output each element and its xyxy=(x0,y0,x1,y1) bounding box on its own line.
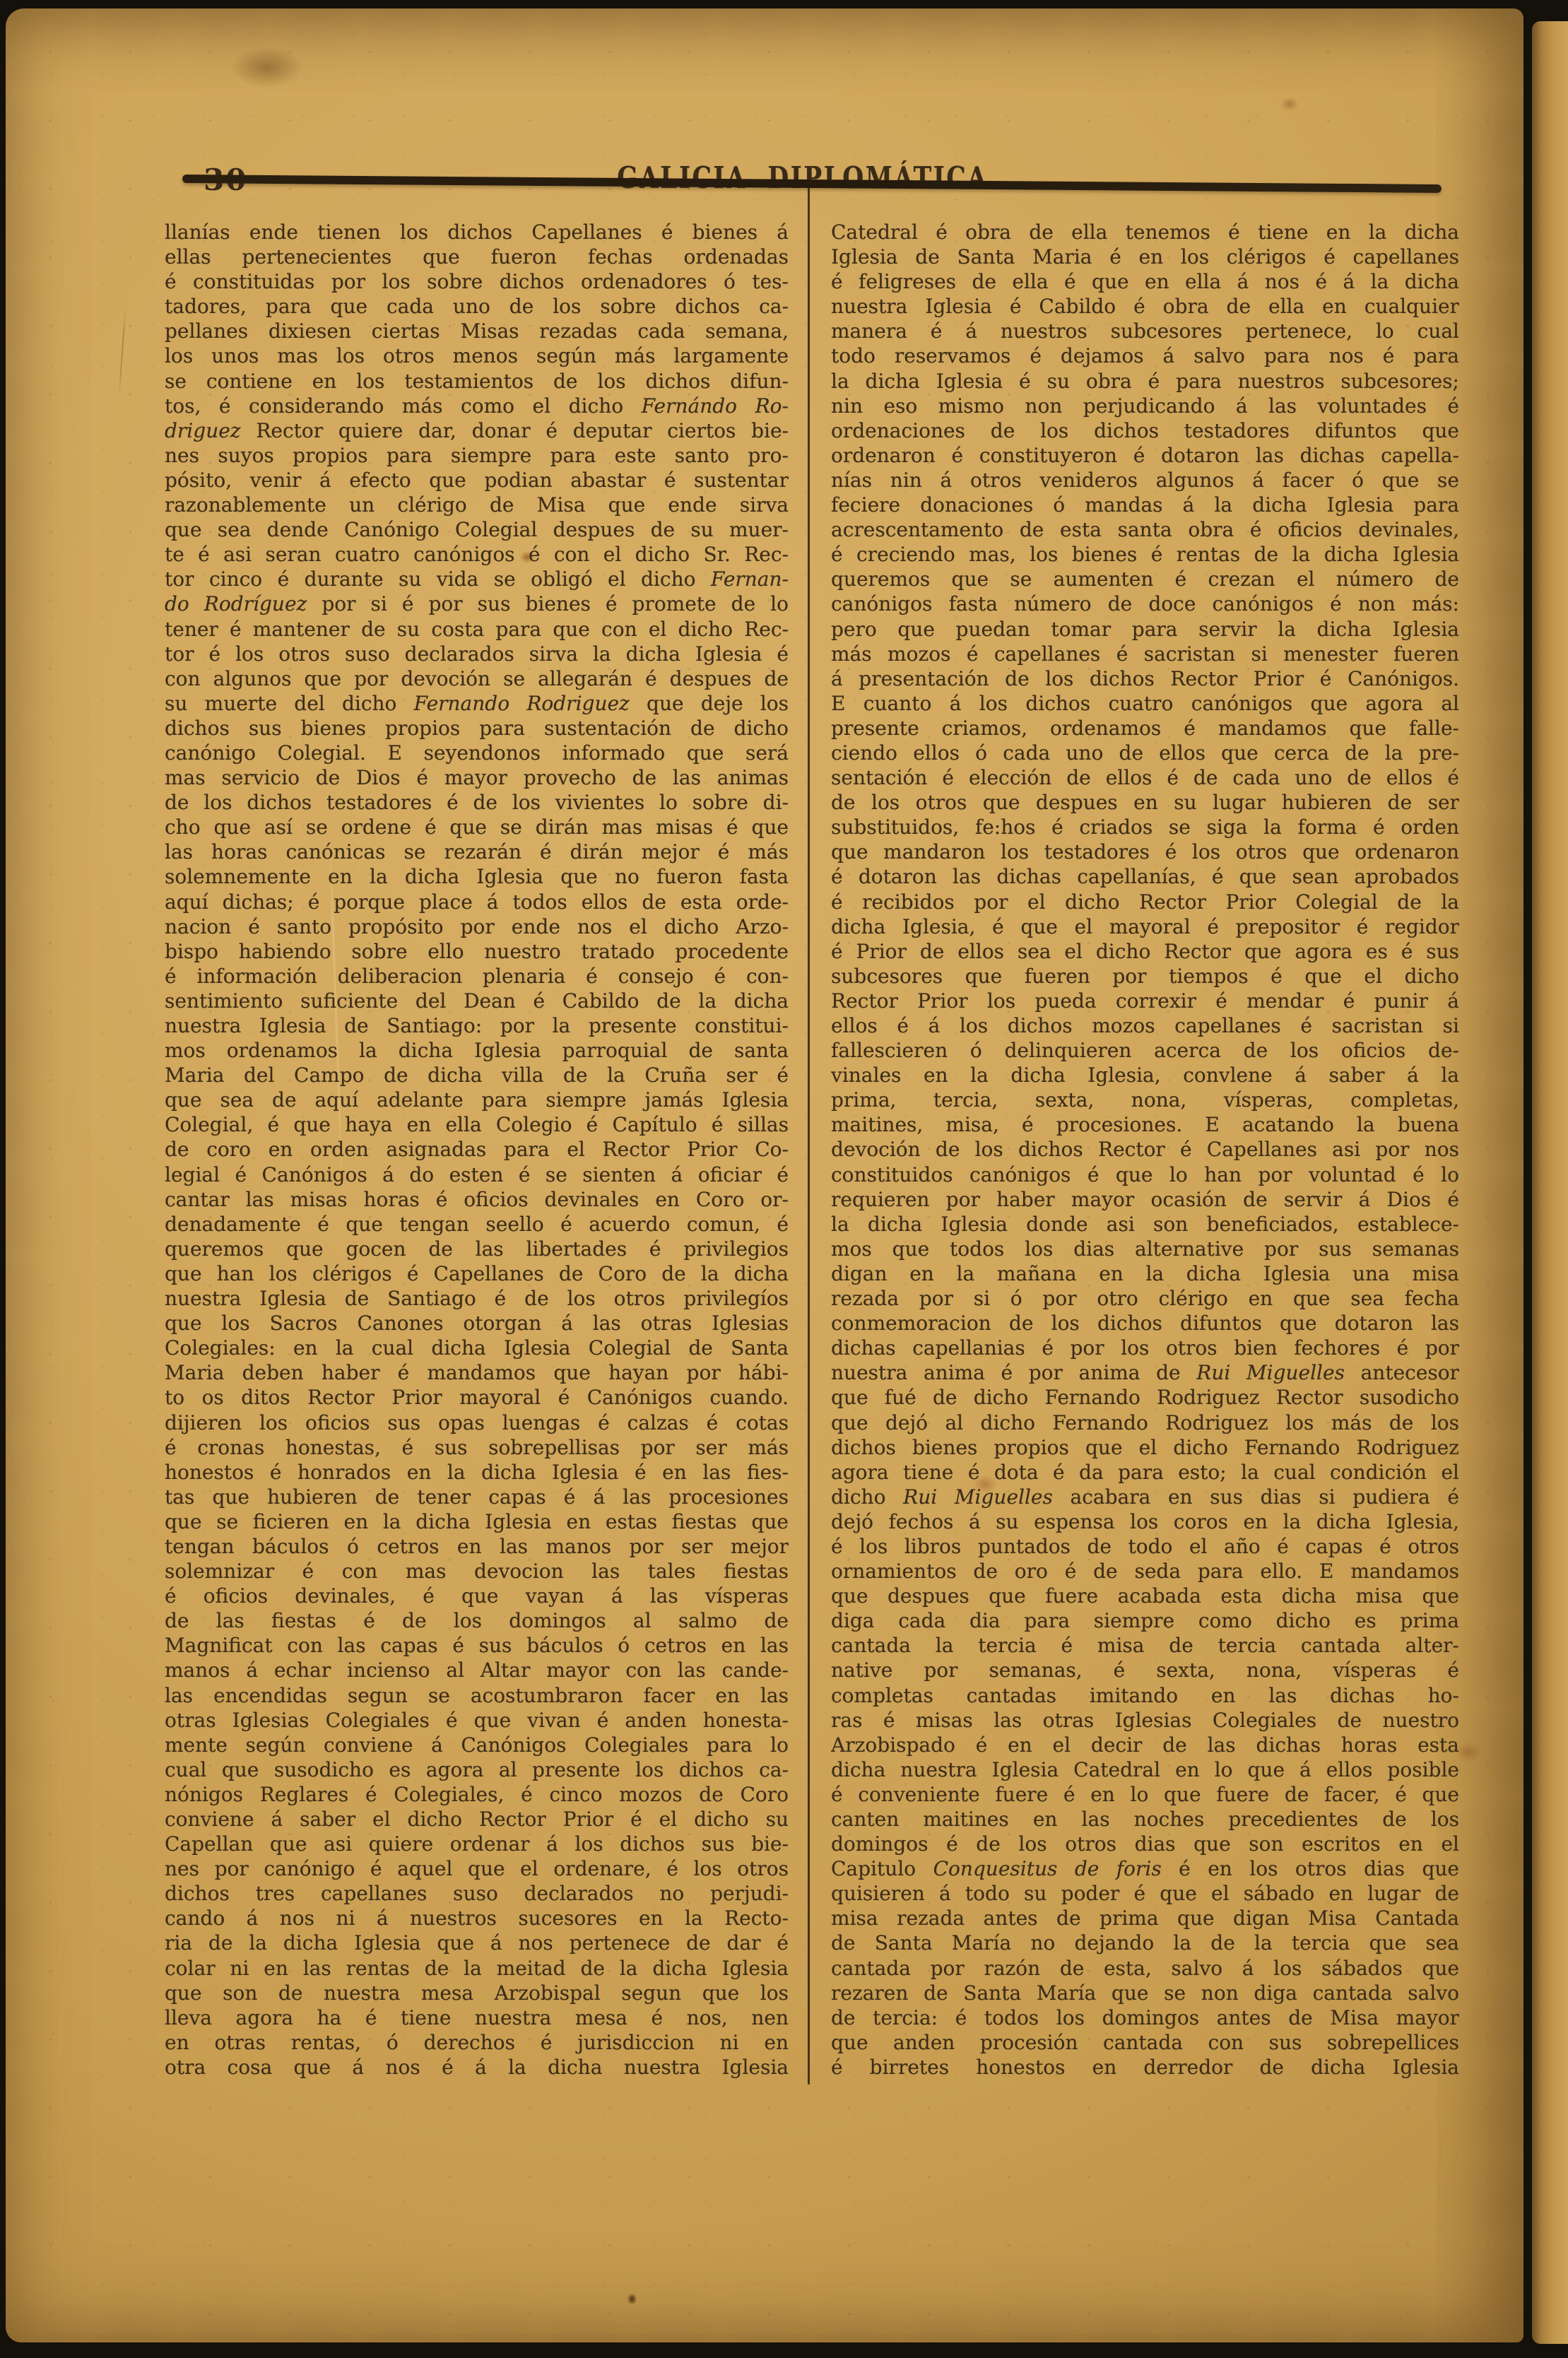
text-line: legial é Canónigos á do esten é se sient… xyxy=(165,1162,789,1187)
text-line: domingos é de los otros dias que son esc… xyxy=(831,1832,1459,1856)
text-line: subcesores que fueren por tiempos é que … xyxy=(831,964,1459,989)
text-line: requieren por haber mayor ocasión de ser… xyxy=(831,1187,1459,1212)
text-line: dicha Iglesia, é que el mayoral é prepos… xyxy=(831,914,1459,939)
text-line: otra cosa que á nos é á la dicha nuestra… xyxy=(165,2055,789,2080)
text-line: devoción de los dichos Rector é Capellan… xyxy=(831,1137,1459,1162)
text-line: queremos que se aumenten é crezan el núm… xyxy=(831,567,1459,591)
text-line: presente criamos, ordenamos é mandamos q… xyxy=(831,716,1459,741)
text-line: en otras rentas, ó derechos é jurisdicci… xyxy=(165,2030,789,2055)
text-line: prima, tercia, sexta, nona, vísperas, co… xyxy=(831,1087,1459,1112)
text-line: que sea dende Canónigo Colegial despues … xyxy=(165,517,789,542)
text-line: nes suyos propios para siempre para este… xyxy=(165,443,789,468)
text-line: que se ficieren en la dicha Iglesia en e… xyxy=(165,1509,789,1534)
text-line: Iglesia de Santa Maria é en los clérigos… xyxy=(831,244,1459,269)
text-line: de los dichos testadores é de los vivien… xyxy=(165,790,789,815)
text-line: llanías ende tienen los dichos Capellane… xyxy=(165,220,789,244)
text-line: que anden procesión cantada con sus sobr… xyxy=(831,2030,1459,2055)
text-line: ciendo ellos ó cada uno de ellos que cer… xyxy=(831,741,1459,765)
text-line: que sea de aquí adelante para siempre ja… xyxy=(165,1087,789,1112)
text-line: cantar las misas horas é oficios devinal… xyxy=(165,1187,789,1212)
text-line: dicha nuestra Iglesia Catedral en lo que… xyxy=(831,1757,1459,1782)
text-line: ordenaciones de los dichos testadores di… xyxy=(831,418,1459,443)
text-line: dichos tres capellanes suso declarados n… xyxy=(165,1881,789,1906)
text-line: tor é los otros suso declarados sirva la… xyxy=(165,642,789,666)
text-line: pósito, venir á efecto que podian abasta… xyxy=(165,468,789,493)
text-line: é conveniente fuere é en lo que fuere de… xyxy=(831,1782,1459,1807)
text-line: é los libros puntados de todo el año é c… xyxy=(831,1534,1459,1559)
text-line: E cuanto á los dichos cuatro canónigos q… xyxy=(831,691,1459,716)
text-line: que mandaron los testadores é los otros … xyxy=(831,839,1459,864)
text-line: sentación é elección de ellos é de cada … xyxy=(831,765,1459,790)
text-line: nuestra Iglesia de Santiago é de los otr… xyxy=(165,1286,789,1311)
text-line: todo reservamos é dejamos á salvo para n… xyxy=(831,343,1459,368)
text-line: tengan báculos ó cetros en las manos por… xyxy=(165,1534,789,1559)
text-line: bispo habiendo sobre ello nuestro tratad… xyxy=(165,939,789,964)
text-line: é recibidos por el dicho Rector Prior Co… xyxy=(831,890,1459,914)
text-line: é creciendo mas, los bienes é rentas de … xyxy=(831,542,1459,567)
text-line: los unos mas los otros menos según más l… xyxy=(165,343,789,368)
text-line: dichos sus bienes propios para sustentac… xyxy=(165,716,789,741)
text-line: nin eso mismo non perjudicando á las vol… xyxy=(831,394,1459,418)
text-line: rezada por si ó por otro clérigo en que … xyxy=(831,1286,1459,1311)
text-line: que dejó al dicho Fernando Rodriguez los… xyxy=(831,1410,1459,1435)
text-line: Capitulo Conquesitus de foris é en los o… xyxy=(831,1856,1459,1881)
text-line: completas cantadas imitando en las dicha… xyxy=(831,1683,1459,1708)
text-line: canónigos fasta número de doce canónigos… xyxy=(831,591,1459,616)
text-line: tas que hubieren de tener capas é á las … xyxy=(165,1485,789,1509)
adjacent-page-edge xyxy=(1532,21,1568,2344)
text-line: que los Sacros Canones otorgan á las otr… xyxy=(165,1311,789,1336)
text-line: é Prior de ellos sea el dicho Rector que… xyxy=(831,939,1459,964)
text-line: Rector Prior los pueda correxir é mendar… xyxy=(831,989,1459,1013)
text-line: tadores, para que cada uno de los sobre … xyxy=(165,294,789,319)
text-line: la dicha Iglesia é su obra é para nuestr… xyxy=(831,369,1459,394)
text-line: colar ni en las rentas de la meitad de l… xyxy=(165,1956,789,1981)
text-line: fallescieren ó delinquieren acerca de lo… xyxy=(831,1038,1459,1063)
text-line: más mozos é capellanes é sacristan si me… xyxy=(831,642,1459,666)
text-column-left: llanías ende tienen los dichos Capellane… xyxy=(165,220,789,2080)
text-line: con algunos que por devoción se allegará… xyxy=(165,666,789,691)
text-line: mas servicio de Dios é mayor provecho de… xyxy=(165,765,789,790)
text-line: ellas pertenecientes que fueron fechas o… xyxy=(165,244,789,269)
text-line: pero que puedan tomar para servir la dic… xyxy=(831,617,1459,642)
text-line: que despues que fuere acabada esta dicha… xyxy=(831,1584,1459,1608)
text-line: é oficios devinales, é que vayan á las v… xyxy=(165,1584,789,1608)
text-line: é feligreses de ella é que en ella á nos… xyxy=(831,269,1459,294)
text-line: nuestra anima é por anima de Rui Miguell… xyxy=(831,1360,1459,1385)
text-line: diga cada dia para siempre como dicho es… xyxy=(831,1608,1459,1633)
text-line: de coro en orden asignadas para el Recto… xyxy=(165,1137,789,1162)
text-line: do Rodríguez por si é por sus bienes é p… xyxy=(165,591,789,616)
text-line: Magnificat con las capas é sus báculos ó… xyxy=(165,1633,789,1658)
text-line: las horas canónicas se rezarán é dirán m… xyxy=(165,839,789,864)
text-line: acrescentamento de esta santa obra é ofi… xyxy=(831,517,1459,542)
text-line: agora tiene é dota é da para esto; la cu… xyxy=(831,1460,1459,1485)
text-line: dichas capellanias é por los otros bien … xyxy=(831,1336,1459,1360)
text-line: misa rezada antes de prima que digan Mis… xyxy=(831,1906,1459,1930)
scanned-page-photo: 30 GALICIA DIPLOMÁTICA. llanías ende tie… xyxy=(0,0,1568,2358)
text-line: é información deliberacion plenaria é co… xyxy=(165,964,789,989)
text-line: cando á nos ni á nuestros sucesores en l… xyxy=(165,1906,789,1930)
text-line: cual que susodicho es agora al presente … xyxy=(165,1757,789,1782)
text-line: solemnizar é con mas devocion las tales … xyxy=(165,1559,789,1584)
text-line: constituidos canónigos é que lo han por … xyxy=(831,1162,1459,1187)
text-line: ellos é á los dichos mozos capellanes é … xyxy=(831,1013,1459,1038)
text-line: quisieren á todo su poder é que el sábad… xyxy=(831,1881,1459,1906)
text-line: nacion é santo propósito por ende nos el… xyxy=(165,914,789,939)
text-column-right: Catedral é obra de ella tenemos é tiene … xyxy=(831,220,1459,2080)
text-line: nuestra Iglesia de Santiago: por la pres… xyxy=(165,1013,789,1038)
text-line: nías nin á otros venideros algunos á fac… xyxy=(831,468,1459,493)
text-line: nuestra Iglesia é Cabildo é obra de ella… xyxy=(831,294,1459,319)
text-line: é dotaron las dichas capellanías, é que … xyxy=(831,864,1459,889)
text-line: su muerte del dicho Fernando Rodriguez q… xyxy=(165,691,789,716)
text-line: Maria deben haber é mandamos que hayan p… xyxy=(165,1360,789,1385)
text-line: digan en la mañana en la dicha Iglesia u… xyxy=(831,1261,1459,1286)
text-line: que son de nuestra mesa Arzobispal segun… xyxy=(165,1981,789,2005)
text-line: Colegiales: en la cual dicha Iglesia Col… xyxy=(165,1336,789,1360)
text-line: native por semanas, é sexta, nona, víspe… xyxy=(831,1658,1459,1682)
text-line: maitines, misa, é procesiones. E acatand… xyxy=(831,1112,1459,1137)
text-line: de los otros que despues en su lugar hub… xyxy=(831,790,1459,815)
text-line: cantada la tercia é misa de tercia canta… xyxy=(831,1633,1459,1658)
text-line: manos á echar incienso al Altar mayor co… xyxy=(165,1658,789,1682)
text-line: Maria del Campo de dicha villa de la Cru… xyxy=(165,1063,789,1087)
text-line: ria de la dicha Iglesia que á nos perten… xyxy=(165,1930,789,1955)
text-line: pellanes dixiesen ciertas Misas rezadas … xyxy=(165,319,789,343)
text-line: de las fiestas é de los domingos al salm… xyxy=(165,1608,789,1633)
text-line: to os ditos Rector Prior mayoral é Canón… xyxy=(165,1385,789,1410)
text-line: manera é á nuestros subcesores pertenece… xyxy=(831,319,1459,343)
text-line: las encendidas segun se acostumbraron fa… xyxy=(165,1683,789,1708)
text-line: ordenaron é constituyeron é dotaron las … xyxy=(831,443,1459,468)
text-line: dijieren los oficios sus opas luengas é … xyxy=(165,1410,789,1435)
text-line: Catedral é obra de ella tenemos é tiene … xyxy=(831,220,1459,244)
text-line: de tercia: é todos los domingos antes de… xyxy=(831,2005,1459,2030)
text-line: mente según conviene á Canónigos Colegia… xyxy=(165,1733,789,1757)
text-line: feciere donaciones ó mandas á la dicha I… xyxy=(831,493,1459,517)
text-line: nes por canónigo é aquel que el ordenare… xyxy=(165,1856,789,1881)
text-line: razonablemente un clérigo de Misa que en… xyxy=(165,493,789,517)
text-line: rezaren de Santa María que se non diga c… xyxy=(831,1981,1459,2005)
text-line: conviene á saber el dicho Rector Prior é… xyxy=(165,1807,789,1832)
text-line: dicho Rui Miguelles acabara en sus dias … xyxy=(831,1485,1459,1509)
text-line: vinales en la dicha Iglesia, convlene á … xyxy=(831,1063,1459,1087)
text-line: Arzobispado é en el decir de las dichas … xyxy=(831,1733,1459,1757)
text-line: la dicha Iglesia donde asi son beneficia… xyxy=(831,1212,1459,1237)
text-line: Colegial, é que haya en ella Colegio é C… xyxy=(165,1112,789,1137)
text-line: conmemoracion de los dichos difuntos que… xyxy=(831,1311,1459,1336)
text-line: dejó fechos á su espensa los coros en la… xyxy=(831,1509,1459,1534)
text-line: mos que todos los dias alternative por s… xyxy=(831,1237,1459,1261)
text-line: ornamientos de oro é de seda para ello. … xyxy=(831,1559,1459,1584)
text-line: sentimiento suficiente del Dean é Cabild… xyxy=(165,989,789,1013)
text-line: Capellan que asi quiere ordenar á los di… xyxy=(165,1832,789,1856)
text-line: lleva agora ha é tiene nuestra mesa é no… xyxy=(165,2005,789,2030)
text-line: dichos bienes propios que el dicho Ferna… xyxy=(831,1435,1459,1460)
text-line: cho que así se ordene é que se dirán mas… xyxy=(165,815,789,839)
text-line: que fué de dicho Fernando Rodriguez Rect… xyxy=(831,1385,1459,1410)
text-line: queremos que gocen de las libertades é p… xyxy=(165,1237,789,1261)
text-line: otras Iglesias Colegiales é que vivan é … xyxy=(165,1708,789,1733)
text-line: canten maitines en las noches precedient… xyxy=(831,1807,1459,1832)
text-line: solemnemente en la dicha Iglesia que no … xyxy=(165,864,789,889)
text-line: cantada por razón de esta, salvo á los s… xyxy=(831,1956,1459,1981)
text-line: honestos é honrados en la dicha Iglesia … xyxy=(165,1460,789,1485)
text-line: tor cinco é durante su vida se obligó el… xyxy=(165,567,789,591)
text-line: te é asi seran cuatro canónigos é con el… xyxy=(165,542,789,567)
text-line: á presentación de los dichos Rector Prio… xyxy=(831,666,1459,691)
text-line: de Santa María no dejando la de la terci… xyxy=(831,1930,1459,1955)
text-line: denadamente é que tengan seello é acuerd… xyxy=(165,1212,789,1237)
text-line: tener é mantener de su costa para que co… xyxy=(165,617,789,642)
text-line: se contiene en los testamientos de los d… xyxy=(165,369,789,394)
column-divider xyxy=(808,188,810,2085)
text-line: canónigo Colegial. E seyendonos informad… xyxy=(165,741,789,765)
text-line: é birretes honestos en derredor de dicha… xyxy=(831,2055,1459,2080)
text-line: mos ordenamos la dicha Iglesia parroquia… xyxy=(165,1038,789,1063)
text-line: tos, é considerando más como el dicho Fe… xyxy=(165,394,789,418)
text-line: ras é misas las otras Iglesias Colegiale… xyxy=(831,1708,1459,1733)
text-line: nónigos Reglares é Colegiales, é cinco m… xyxy=(165,1782,789,1807)
text-line: é cronas honestas, é sus sobrepellisas p… xyxy=(165,1435,789,1460)
text-line: é constituidas por los sobre dichos orde… xyxy=(165,269,789,294)
text-line: que han los clérigos é Capellanes de Cor… xyxy=(165,1261,789,1286)
text-line: aquí dichas; é porque place á todos ello… xyxy=(165,890,789,914)
text-line: substituidos, fe:hos é criados se siga l… xyxy=(831,815,1459,839)
text-line: driguez Rector quiere dar, donar é deput… xyxy=(165,418,789,443)
